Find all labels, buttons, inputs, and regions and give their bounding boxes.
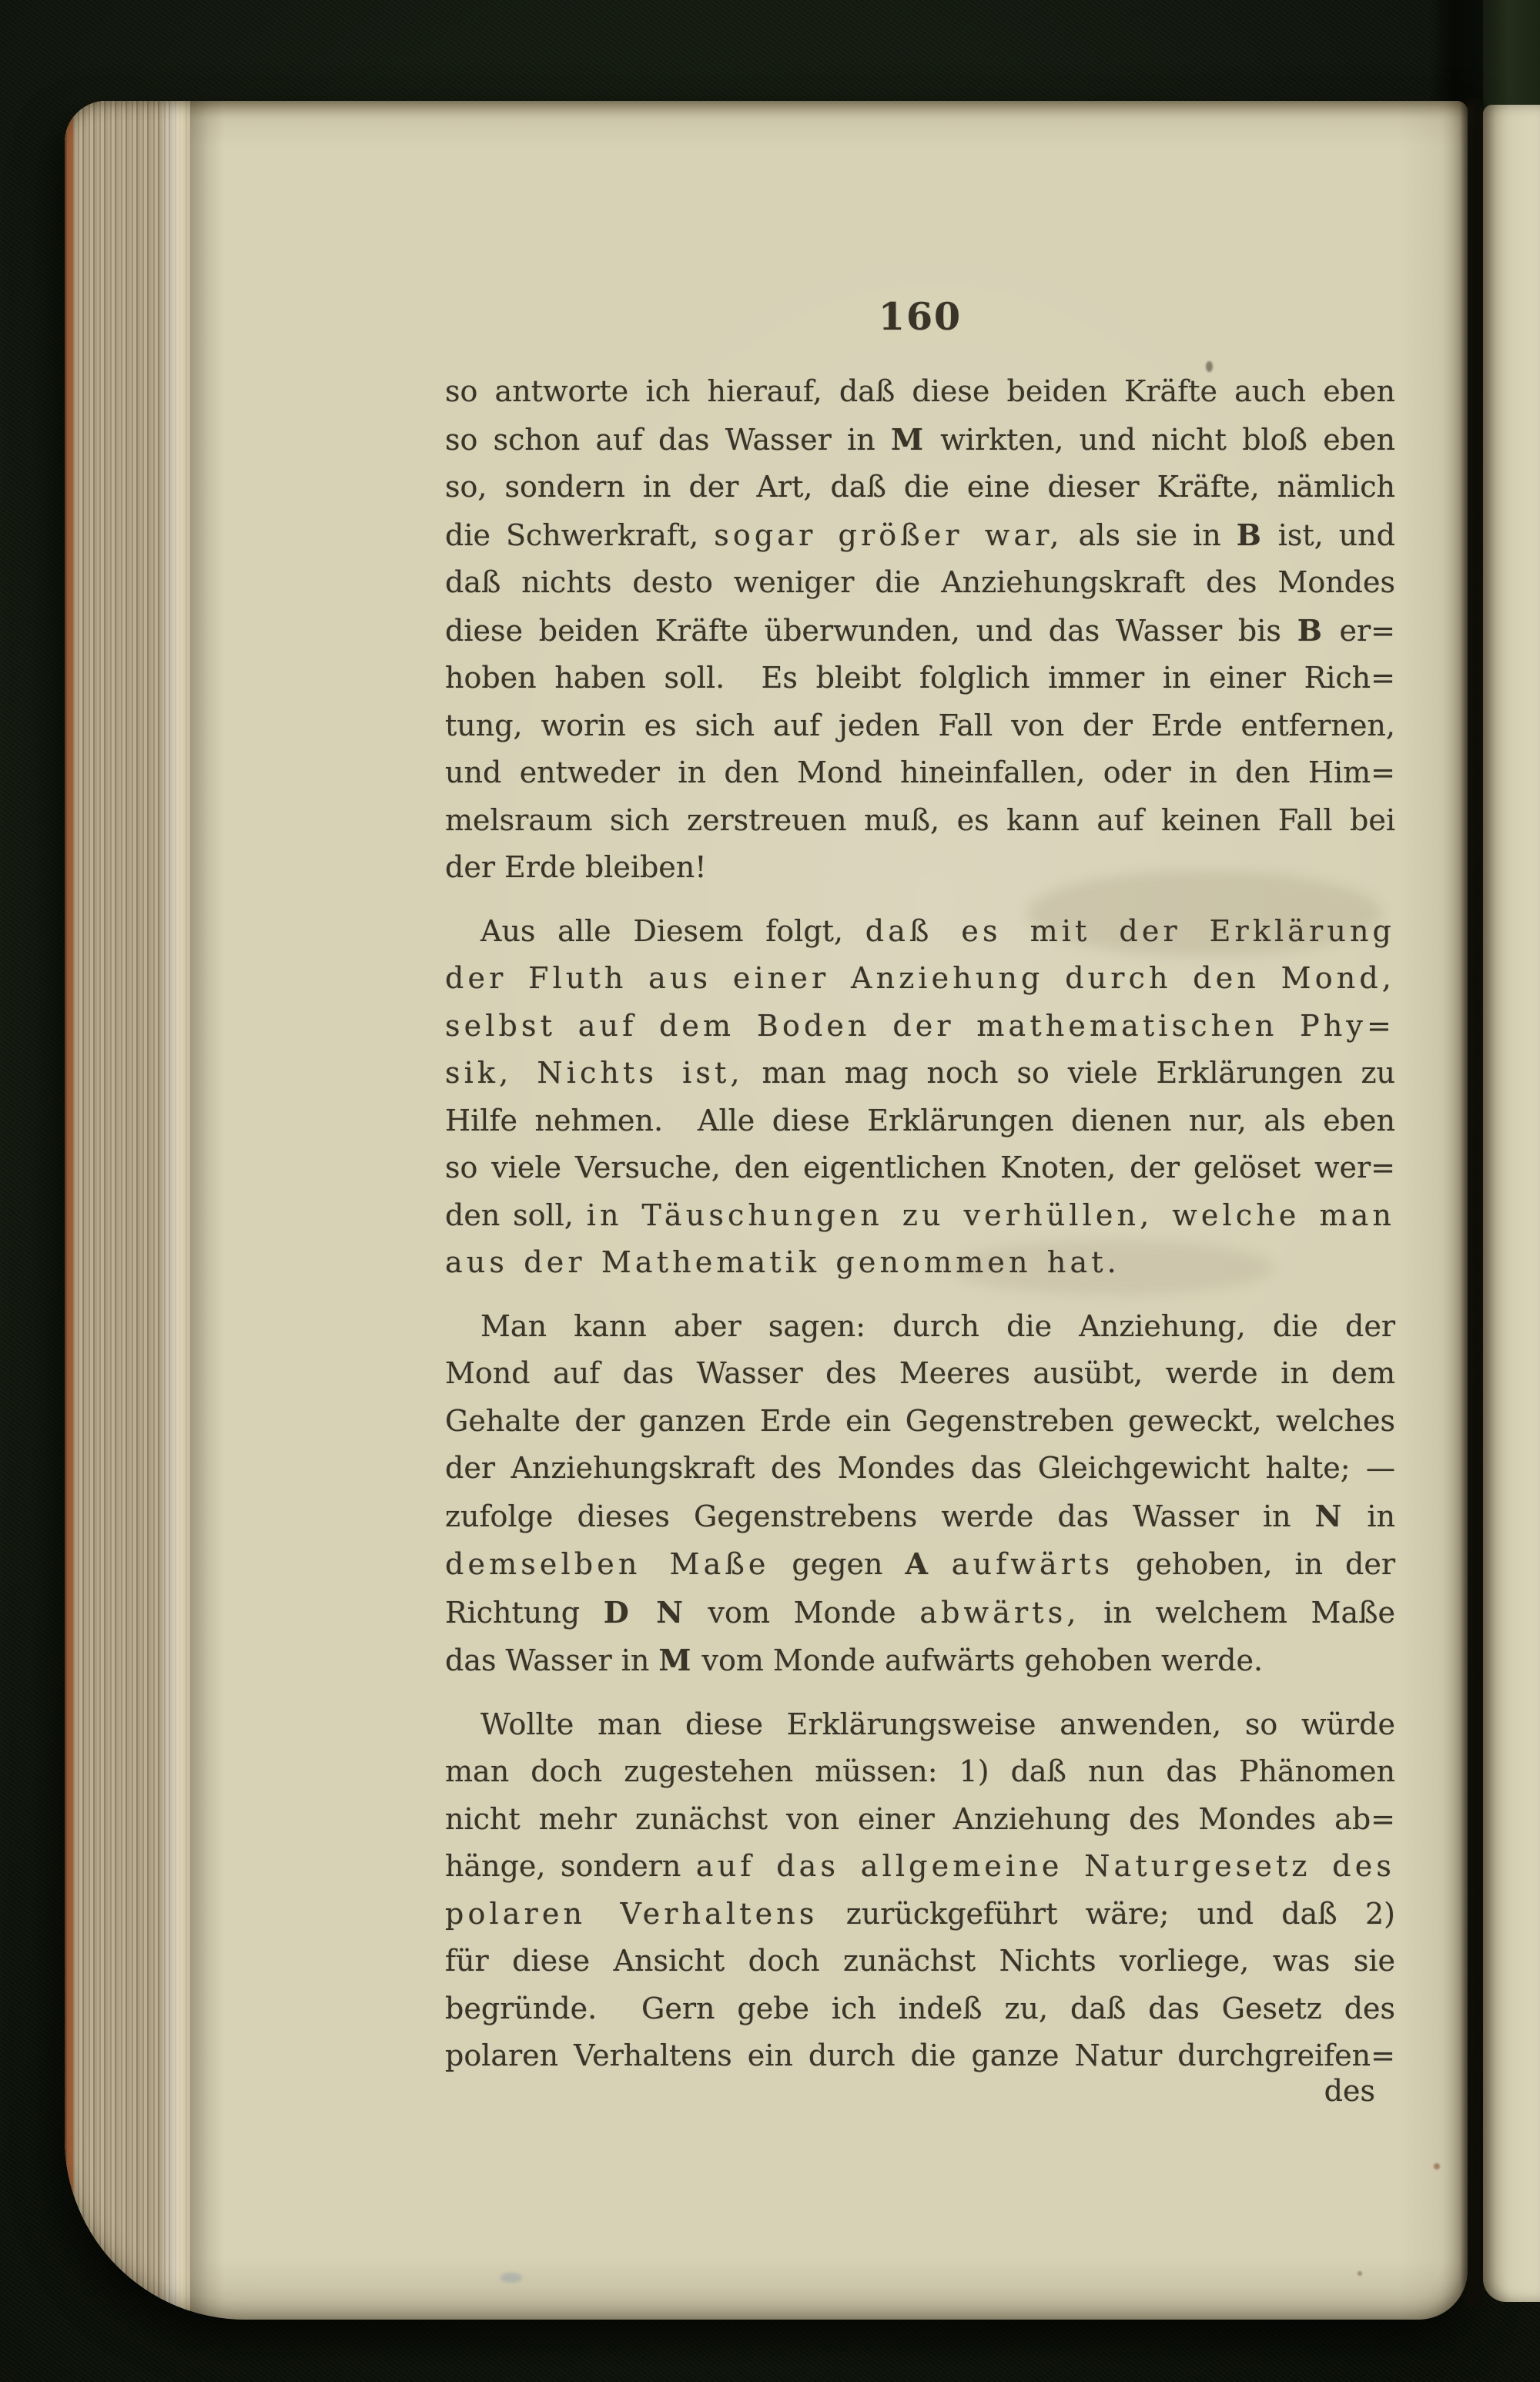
math-label: M (658, 1643, 692, 1677)
text-segment: melsraum sich zerstreuen muß, es kann au… (445, 803, 1395, 837)
text-segment: ist, und (1263, 518, 1395, 552)
math-label: N (1315, 1499, 1344, 1533)
paragraph: Aus alle Diesem folgt, daß es mit der Er… (445, 908, 1395, 1287)
text-line: man doch zugestehen müssen: 1) daß nun d… (445, 1748, 1395, 1796)
math-label: M (891, 422, 925, 457)
text-segment: aus der Mathematik genommen hat. (445, 1245, 1120, 1279)
text-line: hoben haben soll. Es bleibt folglich imm… (445, 655, 1395, 702)
text-segment: tung, worin es sich auf jeden Fall von d… (445, 709, 1395, 742)
text-line: der Anziehungskraft des Mondes das Gleic… (445, 1445, 1395, 1493)
page-fore-edge-stack (65, 101, 190, 2320)
text-segment: Man kann aber sagen: durch die Anziehung… (480, 1309, 1395, 1343)
text-line: Aus alle Diesem folgt, daß es mit der Er… (445, 908, 1395, 956)
text-line: Mond auf das Wasser des Meeres ausübt, w… (445, 1350, 1395, 1398)
text-segment: wirkten, und nicht bloß eben (925, 423, 1395, 457)
text-segment: polaren Verhaltens ein durch die ganze N… (445, 2039, 1395, 2072)
text-segment: selbst auf dem Boden der mathematischen … (445, 1009, 1395, 1043)
text-line: sik, Nichts ist, man mag noch so viele E… (445, 1050, 1395, 1097)
text-segment: zufolge dieses Gegenstrebens werde das W… (445, 1499, 1315, 1533)
text-line: hänge, sondern auf das allgemeine Naturg… (445, 1843, 1395, 1891)
text-line: demselben Maße gegen A aufwärts gehoben,… (445, 1540, 1395, 1589)
text-segment: demselben Maße (445, 1547, 770, 1581)
text-segment: vom Monde aufwärts gehoben werde. (692, 1643, 1263, 1677)
text-segment: zurückgeführt wäre; und daß 2) (818, 1897, 1395, 1931)
paper-speck (1358, 2271, 1362, 2276)
photo-background: 160 so antworte ich hierauf, daß diese b… (0, 0, 1540, 2382)
text-line: der Erde bleiben! (445, 844, 1395, 892)
text-segment: den soll, (445, 1198, 587, 1232)
text-line: der Fluth aus einer Anziehung durch den … (445, 955, 1395, 1003)
text-segment: gegen (770, 1547, 906, 1581)
text-line: so antworte ich hierauf, daß diese beide… (445, 368, 1395, 416)
text-segment: für diese Ansicht doch zunächst Nichts v… (445, 1944, 1395, 1978)
text-segment: Hilfe nehmen. Alle diese Erklärungen die… (445, 1104, 1395, 1137)
text-line: das Wasser in M vom Monde aufwärts gehob… (445, 1637, 1395, 1685)
text-line: aus der Mathematik genommen hat. (445, 1239, 1395, 1287)
text-segment: begründe. Gern gebe ich indeß zu, daß da… (445, 1992, 1395, 2025)
text-segment: abwärts, (919, 1596, 1080, 1630)
adjacent-page-edge (1483, 105, 1540, 2302)
text-segment: so, sondern in der Art, daß die eine die… (445, 470, 1395, 504)
text-segment: er= (1324, 614, 1395, 648)
text-segment: diese beiden Kräfte überwunden, und das … (445, 614, 1297, 648)
text-line: Wollte man diese Erklärungsweise anwende… (445, 1701, 1395, 1749)
text-segment: man mag noch so viele Erklärungen zu (744, 1056, 1395, 1090)
text-segment: nicht mehr zunächst von einer Anziehung … (445, 1802, 1395, 1836)
text-segment: Mond auf das Wasser des Meeres ausübt, w… (445, 1356, 1395, 1390)
text-segment: der Erde bleiben! (445, 850, 707, 884)
text-line: polaren Verhaltens ein durch die ganze N… (445, 2032, 1395, 2080)
text-segment: Wollte man diese Erklärungsweise anwende… (480, 1707, 1395, 1741)
paper-speck (1434, 2163, 1440, 2169)
text-segment: hänge, sondern (445, 1849, 696, 1883)
text-segment: auf das allgemeine Naturgesetz des (696, 1849, 1395, 1883)
text-segment: und entweder in den Mond hineinfallen, o… (445, 755, 1395, 789)
text-segment: daß nichts desto weniger die Anziehungsk… (445, 565, 1395, 599)
text-segment: als sie in (1063, 518, 1237, 552)
text-segment: man doch zugestehen müssen: 1) daß nun d… (445, 1754, 1395, 1788)
text-line: Richtung D N vom Monde abwärts, in welch… (445, 1589, 1395, 1637)
text-line: melsraum sich zerstreuen muß, es kann au… (445, 797, 1395, 845)
text-segment: so antworte ich hierauf, daß diese beide… (445, 374, 1395, 408)
paragraph: Wollte man diese Erklärungsweise anwende… (445, 1701, 1395, 2080)
gutter-shadow-top (1429, 0, 1483, 106)
text-line: tung, worin es sich auf jeden Fall von d… (445, 702, 1395, 750)
math-label: B (1237, 518, 1263, 552)
text-line: daß nichts desto weniger die Anziehungsk… (445, 559, 1395, 607)
text-segment: polaren Verhaltens (445, 1897, 818, 1931)
text-segment: daß es mit der Erklärung (865, 914, 1395, 948)
text-line: polaren Verhaltens zurückgeführt wäre; u… (445, 1891, 1395, 1938)
book-cover-edge-top (1483, 0, 1540, 106)
text-line: so schon auf das Wasser in M wirkten, un… (445, 416, 1395, 464)
math-label: B (1297, 613, 1324, 648)
text-segment: in (1343, 1499, 1395, 1533)
text-segment: hoben haben soll. Es bleibt folglich imm… (445, 661, 1395, 695)
text-line: diese beiden Kräfte überwunden, und das … (445, 607, 1395, 655)
text-segment: so viele Versuche, den eigentlichen Knot… (445, 1151, 1395, 1184)
text-line: Hilfe nehmen. Alle diese Erklärungen die… (445, 1097, 1395, 1145)
math-label: D N (604, 1595, 685, 1630)
text-segment: aufwärts (952, 1547, 1113, 1581)
text-line: zufolge dieses Gegenstrebens werde das W… (445, 1493, 1395, 1541)
page-gutter-shadow (1460, 99, 1485, 2307)
paper-speck (500, 2273, 522, 2283)
page-text: so antworte ich hierauf, daß diese beide… (445, 368, 1395, 2115)
text-line: so viele Versuche, den eigentlichen Knot… (445, 1144, 1395, 1192)
text-segment: gehoben, in der (1113, 1547, 1395, 1581)
fore-edge-shadow (190, 101, 224, 2320)
text-segment: in welchem Maße (1080, 1596, 1395, 1630)
page-number: 160 (445, 295, 1395, 339)
text-segment: der Anziehungskraft des Mondes das Gleic… (445, 1451, 1395, 1485)
text-line: nicht mehr zunächst von einer Anziehung … (445, 1796, 1395, 1844)
text-line: Gehalte der ganzen Erde ein Gegenstreben… (445, 1398, 1395, 1446)
text-line: die Schwerkraft, sogar größer war, als s… (445, 511, 1395, 560)
text-line: Man kann aber sagen: durch die Anziehung… (445, 1303, 1395, 1351)
book-page: 160 so antworte ich hierauf, daß diese b… (65, 101, 1468, 2320)
text-segment (929, 1547, 952, 1581)
text-line: den soll, in Täuschungen zu verhüllen, w… (445, 1192, 1395, 1240)
text-segment: in Täuschungen zu verhüllen, welche man (587, 1198, 1395, 1232)
paragraph: Man kann aber sagen: durch die Anziehung… (445, 1303, 1395, 1685)
text-segment: Richtung (445, 1596, 604, 1630)
text-segment: die Schwerkraft, (445, 518, 714, 552)
text-segment: vom Monde (685, 1596, 919, 1630)
text-line: selbst auf dem Boden der mathematischen … (445, 1003, 1395, 1050)
text-segment: das Wasser in (445, 1643, 658, 1677)
text-segment: der Fluth aus einer Anziehung durch den … (445, 961, 1395, 995)
text-line: für diese Ansicht doch zunächst Nichts v… (445, 1938, 1395, 1985)
text-segment: Gehalte der ganzen Erde ein Gegenstreben… (445, 1404, 1395, 1438)
text-segment: sogar größer war, (714, 518, 1063, 552)
paragraph: so antworte ich hierauf, daß diese beide… (445, 368, 1395, 892)
text-line: so, sondern in der Art, daß die eine die… (445, 464, 1395, 511)
text-segment: so schon auf das Wasser in (445, 423, 891, 457)
text-line: begründe. Gern gebe ich indeß zu, daß da… (445, 1985, 1395, 2033)
math-label: A (905, 1546, 929, 1581)
text-segment: sik, Nichts ist, (445, 1056, 744, 1090)
text-line: und entweder in den Mond hineinfallen, o… (445, 749, 1395, 797)
text-segment: Aus alle Diesem folgt, (480, 914, 865, 948)
